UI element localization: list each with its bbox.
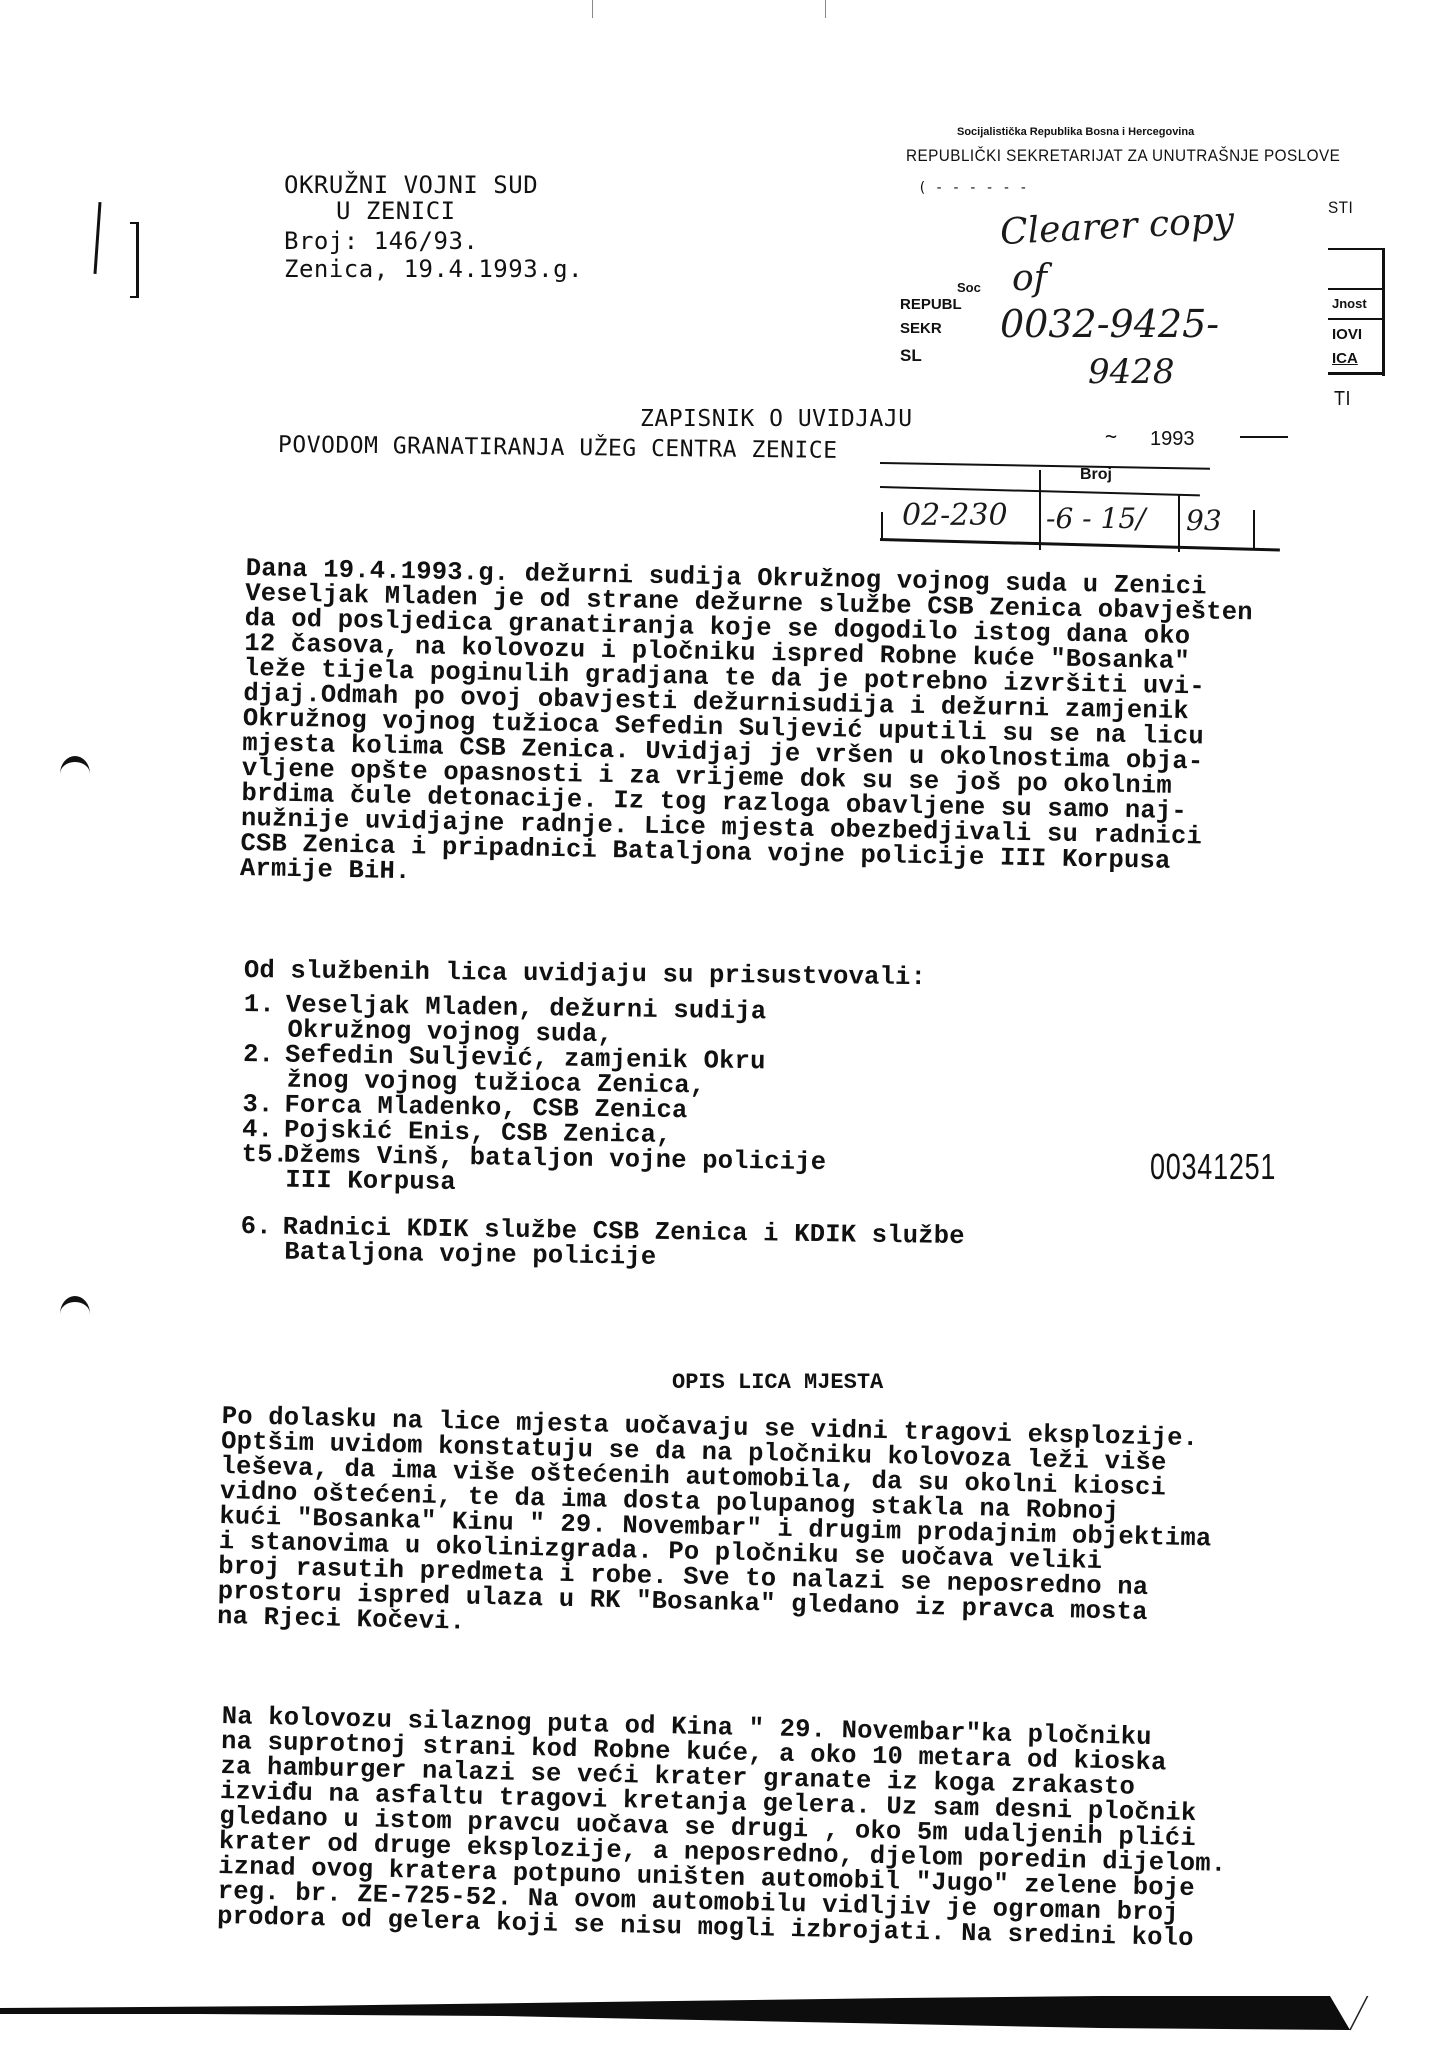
archive-document-number: 00341251: [1150, 1146, 1276, 1188]
handwritten-line4: 9428: [1088, 352, 1175, 392]
attendees-list: 1.Veseljak Mladen, dežurni sudijaOkružno…: [240, 992, 1144, 1277]
attendee-number: 2.: [243, 1042, 286, 1093]
title-line1: ZAPISNIK O UVIDJAJU: [640, 406, 913, 433]
court-name: OKRUŽNI VOJNI SUD: [284, 172, 538, 199]
attendee-number: 1.: [243, 992, 286, 1043]
court-city: U ZENICI: [336, 198, 456, 225]
stamp-line3: STI: [1328, 198, 1353, 218]
document-place-date: Zenica, 19.4.1993.g.: [284, 256, 583, 283]
attendee-number: t5.: [241, 1142, 284, 1193]
regbox-div1: [1039, 470, 1041, 550]
punch-hole-mark-upper: [60, 756, 90, 792]
title-line2: POVODOM GRANATIRANJA UŽEG CENTRA ZENICE: [278, 432, 838, 465]
regbox-cell2: -6 - 15/: [1046, 502, 1146, 535]
stamp-year-dash: ~: [1105, 424, 1117, 448]
handwritten-line1: Clearer copy: [999, 200, 1235, 253]
stamp-dashes: ( - - - - - -: [918, 180, 1028, 196]
paragraph-intro: Dana 19.4.1993.g. dežurni sudija Okružno…: [240, 556, 1426, 904]
section-title: OPIS LICA MJESTA: [672, 1370, 883, 1395]
paragraph-craters: Na kolovozu silaznog puta od Kina " 29. …: [217, 1704, 1422, 1956]
paragraph-scene: Po dolasku na lice mjesta uočavaju se vi…: [217, 1404, 1422, 1656]
stamp-box-div2: [1328, 318, 1384, 320]
stamp-box-right: [1382, 248, 1385, 376]
stamp-repub: REPUBL: [900, 296, 962, 313]
regbox-cell3: 93: [1186, 504, 1222, 537]
stamp-frag3: ICA: [1332, 350, 1358, 367]
margin-bracket-right-top: [130, 222, 138, 224]
regbox-cell1: 02-230: [902, 498, 1008, 533]
stamp-sl: SL: [900, 346, 922, 366]
handwritten-line2: of: [1012, 258, 1047, 299]
top-edge-mark-2: [825, 0, 826, 18]
stamp-box-bottom: [1328, 372, 1384, 375]
regbox-bottom: [880, 538, 1280, 551]
regbox-top: [880, 462, 1210, 470]
margin-bracket-right-bottom: [130, 296, 138, 298]
regbox-left: [881, 512, 883, 540]
smear-shape: [0, 1996, 1444, 2036]
document-number: Broj: 146/93.: [284, 228, 478, 255]
stamp-ministry: REPUBLIČKI SEKRETARIJAT ZA UNUTRAŠNJE PO…: [906, 146, 1340, 166]
photocopy-smear: [0, 1996, 1444, 2026]
stamp-frag1: Jnost: [1332, 296, 1367, 311]
stamp-year: 1993: [1150, 428, 1195, 451]
attendee-number: 6.: [240, 1214, 283, 1265]
stamp-box-top: [1328, 248, 1384, 250]
margin-bracket-left: [93, 202, 101, 274]
attendee-number: 3.: [242, 1092, 284, 1118]
top-edge-mark: [592, 0, 593, 18]
stamp-sekr: SEKR: [900, 320, 942, 337]
stamp-frag4: TI: [1334, 388, 1351, 411]
stamp-republic: Socijalistička Republika Bosna i Hercego…: [957, 126, 1194, 138]
attendee-number: 4.: [242, 1117, 284, 1143]
stamp-box-div1: [1328, 288, 1384, 290]
stamp-frag2: IOVI: [1332, 326, 1362, 343]
regbox-header: Broj: [1080, 466, 1112, 484]
attendees-intro: Od službenih lica uvidjaju su prisustvov…: [244, 958, 926, 990]
attendee-item: 6.Radnici KDIK službe CSB Zenica i KDIK …: [240, 1214, 1141, 1277]
stamp-soc: Soc: [957, 280, 981, 295]
margin-bracket-right: [136, 222, 139, 298]
punch-hole-mark-lower: [60, 1296, 90, 1332]
stamp-dash-right: [1240, 436, 1288, 438]
handwritten-line3: 0032-9425-: [1000, 302, 1219, 346]
regbox-div2: [1178, 494, 1180, 552]
regbox-right: [1253, 510, 1255, 550]
